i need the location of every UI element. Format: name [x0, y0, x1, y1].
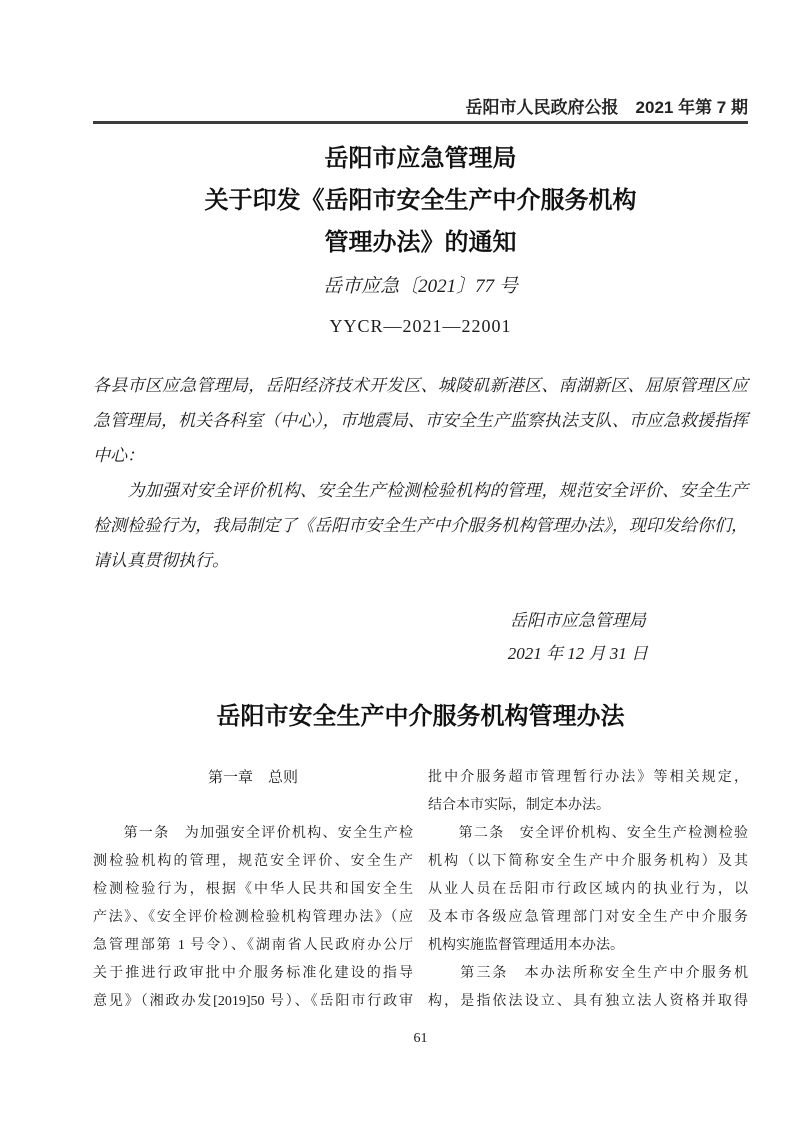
text-line: 第二条 安全评价机构、安全生产检测检验	[428, 820, 748, 848]
notice-paragraph: 为加强对安全评价机构、安全生产检测检验机构的管理，规范安全评价、安全生产检测检验…	[93, 473, 748, 578]
gazette-page: 岳阳市人民政府公报 2021 年第 7 期 岳阳市应急管理局 关于印发《岳阳市安…	[0, 0, 793, 1122]
addressee-paragraph: 各县市区应急管理局，岳阳经济技术开发区、城陵矶新港区、南湖新区、屈原管理区应急管…	[93, 368, 748, 473]
regulation-columns: 第一章 总则 第一条 为加强安全评价机构、安全生产检 测检验机构的管理，规范安全…	[93, 764, 748, 1016]
text-line: 机构实施监督管理适用本办法。	[428, 932, 748, 960]
document-number: 岳市应急〔2021〕77 号	[93, 274, 748, 300]
signature-org: 岳阳市应急管理局	[508, 604, 648, 637]
blank-line	[93, 792, 413, 820]
notice-title-line-2: 关于印发《岳阳市安全生产中介服务机构	[93, 180, 748, 222]
notice-title: 岳阳市应急管理局 关于印发《岳阳市安全生产中介服务机构 管理办法》的通知	[93, 138, 748, 264]
notice-body: 各县市区应急管理局，岳阳经济技术开发区、城陵矶新港区、南湖新区、屈原管理区应急管…	[93, 368, 748, 578]
notice-title-line-3: 管理办法》的通知	[93, 222, 748, 264]
chapter-heading: 第一章 总则	[93, 764, 413, 792]
text-line: 批中介服务超市管理暂行办法》等相关规定，	[428, 764, 748, 792]
text-line: 产法》、《安全评价检测检验机构管理办法》（应	[93, 904, 413, 932]
left-column: 第一章 总则 第一条 为加强安全评价机构、安全生产检 测检验机构的管理，规范安全…	[93, 764, 413, 1016]
signature-block: 岳阳市应急管理局 2021 年 12 月 31 日	[508, 604, 648, 670]
text-line: 急管理部第 1 号令）、《湖南省人民政府办公厅	[93, 932, 413, 960]
right-column: 批中介服务超市管理暂行办法》等相关规定， 结合本市实际，制定本办法。 第二条 安…	[428, 764, 748, 1016]
text-line: 意见》（湘政办发[2019]50 号）、《岳阳市行政审	[93, 988, 413, 1016]
notice-title-line-1: 岳阳市应急管理局	[93, 138, 748, 180]
text-line: 及本市各级应急管理部门对安全生产中介服务	[428, 904, 748, 932]
text-line: 从业人员在岳阳市行政区域内的执业行为，以	[428, 876, 748, 904]
text-line: 检测检验行为，根据《中华人民共和国安全生	[93, 876, 413, 904]
text-line: 关于推进行政审批中介服务标准化建设的指导	[93, 960, 413, 988]
gazette-masthead: 岳阳市人民政府公报 2021 年第 7 期	[93, 97, 748, 118]
signature-date: 2021 年 12 月 31 日	[508, 637, 648, 670]
text-line: 测检验机构的管理，规范安全评价、安全生产	[93, 848, 413, 876]
page-number: 61	[93, 1028, 748, 1050]
index-number: YYCR—2021—22001	[93, 314, 748, 338]
text-line: 机构（以下简称安全生产中介服务机构）及其	[428, 848, 748, 876]
regulation-title: 岳阳市安全生产中介服务机构管理办法	[93, 700, 748, 734]
text-line: 第一条 为加强安全评价机构、安全生产检	[93, 820, 413, 848]
text-line: 结合本市实际，制定本办法。	[428, 792, 748, 820]
header-rule	[93, 121, 748, 124]
text-line: 第三条 本办法所称安全生产中介服务机	[428, 960, 748, 988]
text-line: 构，是指依法设立、具有独立法人资格并取得	[428, 988, 748, 1016]
